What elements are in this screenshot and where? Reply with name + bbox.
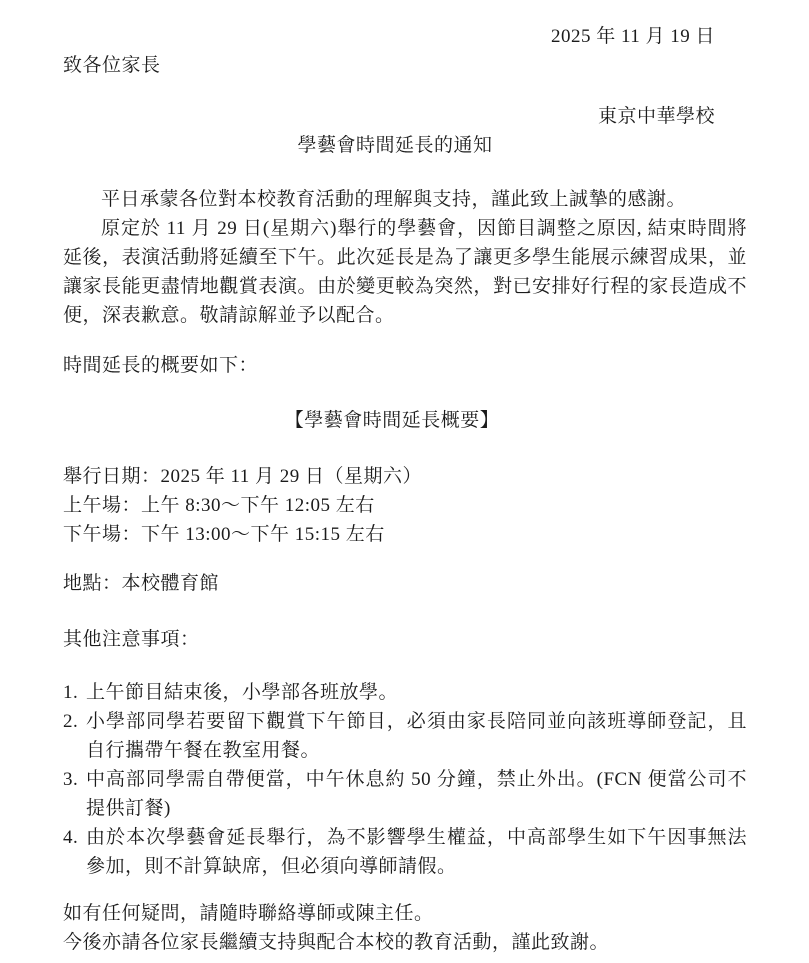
closing-contact-line: 如有任何疑問，請隨時聯絡導師或陳主任。 <box>63 899 747 928</box>
notes-heading: 其他注意事項： <box>63 625 747 654</box>
schedule-afternoon-line: 下午場：下午 13:00～下午 15:15 左右 <box>63 520 747 549</box>
note-item-3: 3. 中高部同學需自帶便當，中午休息約 50 分鐘，禁止外出。(FCN 便當公司… <box>63 765 747 823</box>
note-number: 2. <box>63 707 86 765</box>
notes-list: 1. 上午節目結束後，小學部各班放學。 2. 小學部同學若要留下觀賞下午節目，必… <box>63 678 747 881</box>
recipient-line: 致各位家長 <box>63 51 747 80</box>
note-text: 上午節目結束後，小學部各班放學。 <box>86 678 747 707</box>
body-paragraph: 原定於 11 月 29 日(星期六)舉行的學藝會，因節目調整之原因, 結束時間將… <box>63 214 747 330</box>
note-item-4: 4. 由於本次學藝會延長舉行，為不影響學生權益，中高部學生如下午因事無法參加，則… <box>63 823 747 881</box>
note-number: 4. <box>63 823 86 881</box>
sender-school-name: 東京中華學校 <box>63 102 747 131</box>
schedule-morning-line: 上午場：上午 8:30～下午 12:05 左右 <box>63 491 747 520</box>
location-line: 地點：本校體育館 <box>63 569 747 598</box>
note-number: 1. <box>63 678 86 707</box>
note-item-2: 2. 小學部同學若要留下觀賞下午節目，必須由家長陪同並向該班導師登記，且自行攜帶… <box>63 707 747 765</box>
notice-document-page: 2025 年 11 月 19 日 致各位家長 東京中華學校 學藝會時間延長的通知… <box>0 0 809 963</box>
note-text: 中高部同學需自帶便當，中午休息約 50 分鐘，禁止外出。(FCN 便當公司不提供… <box>86 765 747 823</box>
note-text: 小學部同學若要留下觀賞下午節目，必須由家長陪同並向該班導師登記，且自行攜帶午餐在… <box>86 707 747 765</box>
overview-intro-line: 時間延長的概要如下： <box>63 351 747 380</box>
document-date: 2025 年 11 月 19 日 <box>63 22 747 51</box>
closing-thanks-line: 今後亦請各位家長繼續支持與配合本校的教育活動，謹此致謝。 <box>63 928 747 957</box>
schedule-date-line: 舉行日期：2025 年 11 月 29 日（星期六） <box>63 462 747 491</box>
note-item-1: 1. 上午節目結束後，小學部各班放學。 <box>63 678 747 707</box>
overview-heading: 【學藝會時間延長概要】 <box>63 406 747 435</box>
note-text: 由於本次學藝會延長舉行，為不影響學生權益，中高部學生如下午因事無法參加，則不計算… <box>86 823 747 881</box>
note-number: 3. <box>63 765 86 823</box>
notice-title: 學藝會時間延長的通知 <box>63 131 747 160</box>
greeting-paragraph: 平日承蒙各位對本校教育活動的理解與支持，謹此致上誠摯的感謝。 <box>63 185 747 214</box>
